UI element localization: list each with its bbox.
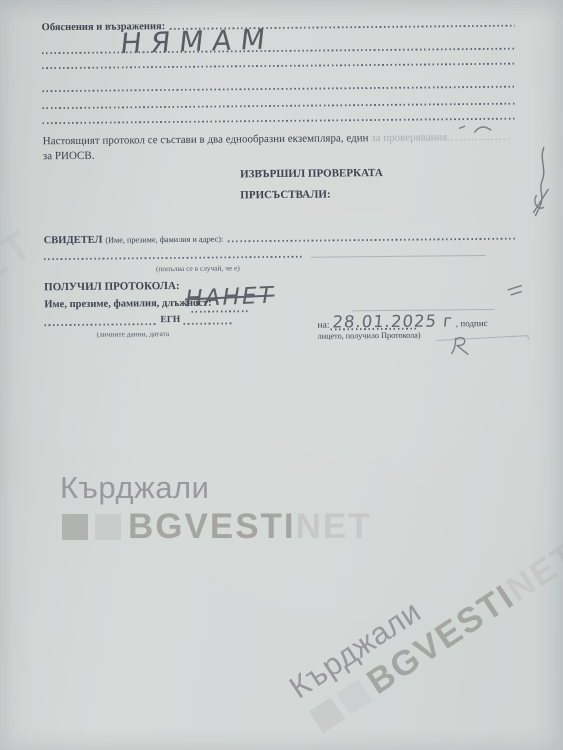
handwritten-name: НАНЕТ <box>183 282 277 312</box>
closing-line2: за РИОСВ. <box>43 150 95 162</box>
closing-faded-text: за проверявания <box>371 131 447 144</box>
handwritten-answer: НЯМАМ <box>119 22 276 60</box>
witness-sublabel: (Име, презиме, фамилия и адрес): <box>105 235 223 245</box>
egn-note: (личните данни, датата <box>97 329 170 339</box>
pen-mark-initial <box>452 337 468 354</box>
explanations-row: Обяснения и възражения: <box>42 18 515 34</box>
pen-marks <box>0 0 563 750</box>
inspector-heading: ИЗВЪРШИЛ ПРОВЕРКАТА <box>240 167 383 180</box>
date-note: лицето, получило Протокола) <box>318 331 421 341</box>
dotted-line <box>42 47 515 55</box>
closing-paragraph: Настоящият протокол се състави в два едн… <box>43 130 513 165</box>
dotted-line <box>44 255 304 260</box>
dotted-line <box>191 309 249 313</box>
document-page: Обяснения и възражения: НЯМАМ Настоящият… <box>0 0 563 750</box>
witness-note: (попълва се в случай, че е) <box>156 263 240 273</box>
witness-label: СВИДЕТЕЛ <box>44 235 103 247</box>
closing-line1: Настоящият протокол се състави в два едн… <box>43 132 369 147</box>
dotted-line <box>44 322 157 326</box>
date-suffix: , подпис <box>456 318 488 328</box>
witness-row: СВИДЕТЕЛ (Име, презиме, фамилия и адрес)… <box>44 231 517 247</box>
dotted-line <box>42 62 515 70</box>
faint-line <box>311 255 486 258</box>
dotted-line <box>42 85 515 93</box>
dotted-line <box>183 321 233 324</box>
dotted-line <box>42 102 515 110</box>
pen-mark-faint-line <box>437 336 529 341</box>
received-heading: ПОЛУЧИЛ ПРОТОКОЛА: <box>44 280 180 293</box>
photographed-document: { "doc": { "explanations_label": "Обясне… <box>0 0 563 750</box>
faded-dotted-tail <box>447 132 509 141</box>
dotted-line <box>227 237 516 243</box>
date-prefix: на: <box>317 321 329 331</box>
dotted-line <box>43 117 516 125</box>
pen-mark-equals <box>508 286 521 295</box>
present-heading: ПРИСЪСТВАЛИ: <box>240 189 330 202</box>
pen-mark-dash <box>460 126 465 128</box>
egn-label: ЕГН <box>160 315 180 325</box>
pen-mark-squiggle <box>533 147 549 215</box>
